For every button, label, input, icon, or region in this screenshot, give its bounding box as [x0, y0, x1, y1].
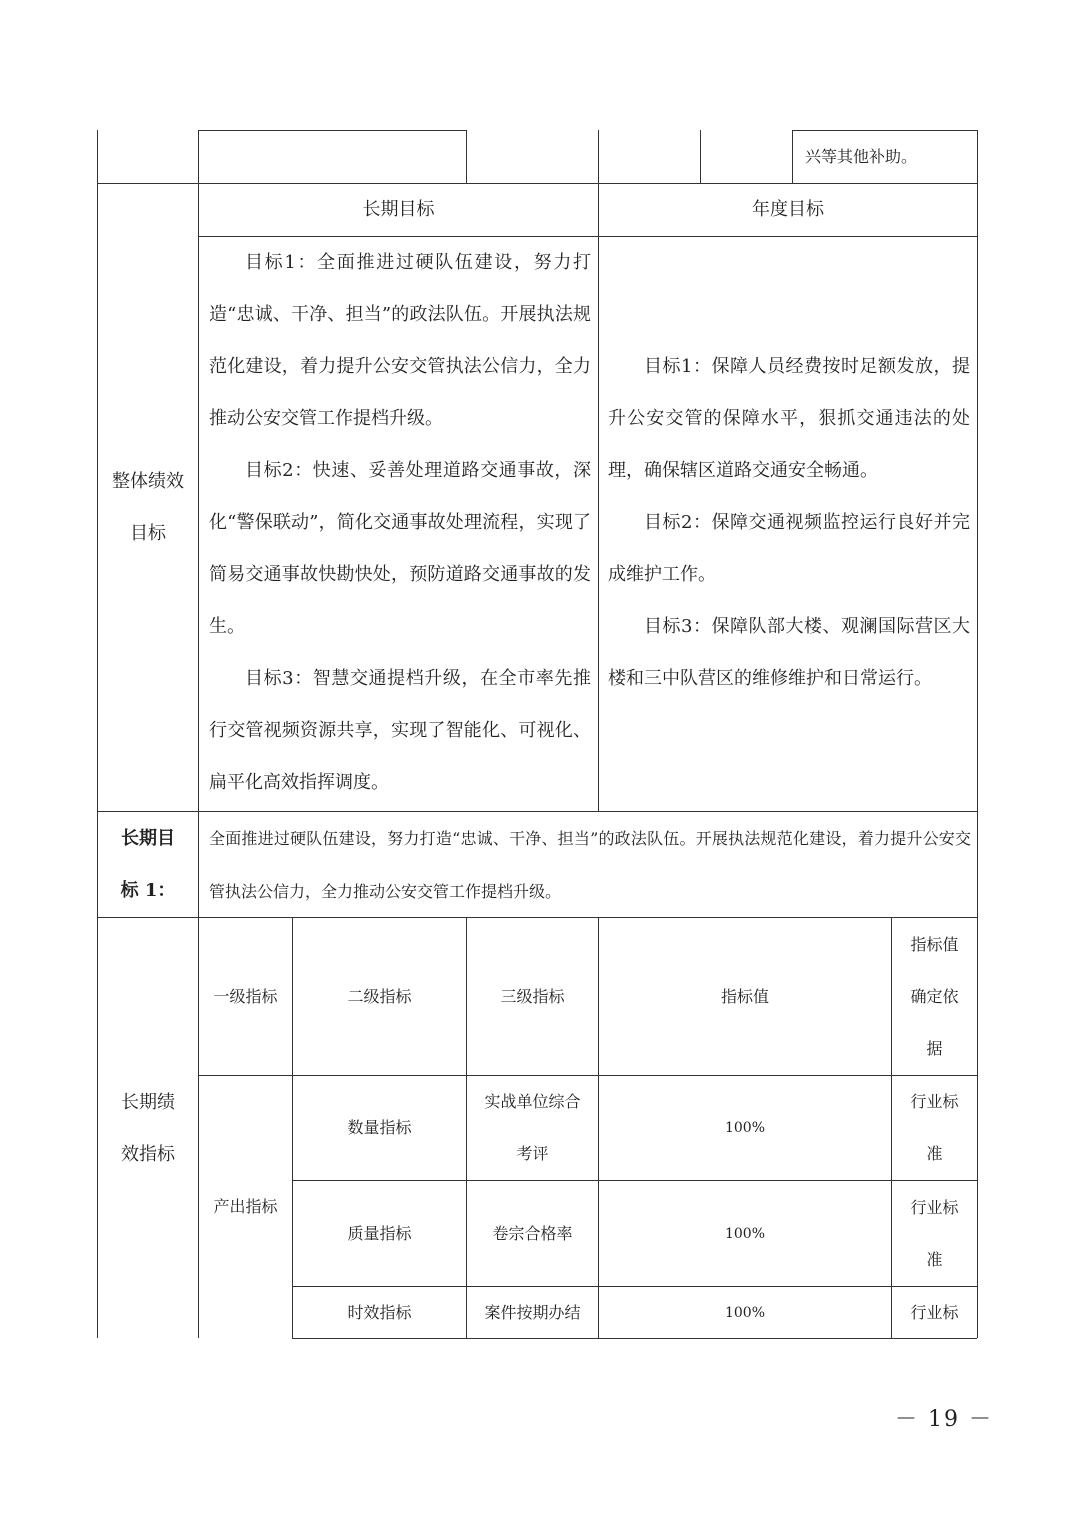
cell-text: 实战单位综合	[484, 1076, 580, 1128]
cell-text: 准	[926, 1234, 942, 1286]
long-term-goal-1-label: 长期目 标 1：	[98, 812, 198, 917]
long-term-goal-paragraph: 目标1：全面推进过硬队伍建设，努力打造“忠诚、干净、担当”的政法队伍。开展执法规…	[209, 237, 591, 445]
overall-goals-label: 整体绩效 目标	[98, 184, 198, 811]
table-row-level3: 案件按期办结	[467, 1287, 598, 1338]
cell-text: 数量指标	[347, 1102, 411, 1154]
cell-text: 时效指标	[347, 1287, 411, 1339]
continued-text: 兴等其他补助。	[805, 131, 917, 183]
level1-text: 产出指标	[213, 1181, 277, 1233]
header-text: 指标值	[721, 971, 769, 1023]
table-row-value: 100%	[599, 1287, 891, 1338]
header-text: 三级指标	[500, 971, 564, 1023]
header-level3: 三级指标	[467, 918, 598, 1075]
table-row-level3: 实战单位综合 考评	[467, 1076, 598, 1180]
header-value: 指标值	[599, 918, 891, 1075]
long-term-goal-paragraph: 目标2：快速、妥善处理道路交通事故，深化“警保联动”，简化交通事故处理流程，实现…	[209, 445, 591, 653]
table-row-level2: 时效指标	[293, 1287, 466, 1338]
overall-goals-label-line: 整体绩效	[112, 456, 184, 508]
header-level2: 二级指标	[293, 918, 466, 1075]
header-level1: 一级指标	[199, 918, 292, 1075]
cell-text: 准	[926, 1128, 942, 1180]
overall-goals-label-line: 目标	[130, 508, 166, 560]
table-row-basis: 行业标	[892, 1287, 977, 1338]
label-line: 效指标	[121, 1129, 175, 1181]
label-line: 长期绩	[121, 1077, 175, 1129]
annual-goal-paragraph: 目标1：保障人员经费按时足额发放，提升公安交管的保障水平，狠抓交通违法的处理，确…	[608, 341, 970, 497]
header-text: 一级指标	[213, 971, 277, 1023]
annual-header: 年度目标	[599, 184, 977, 236]
header-text: 指标值	[910, 919, 958, 971]
annual-header-text: 年度目标	[752, 184, 824, 236]
annual-goal-paragraph: 目标2：保障交通视频监控运行良好并完成维护工作。	[608, 497, 970, 601]
label-line: 标 1：	[121, 865, 176, 917]
header-basis: 指标值 确定依 据	[892, 918, 977, 1075]
continued-cell: 兴等其他补助。	[793, 131, 977, 183]
document-page: 兴等其他补助。 整体绩效 目标 长期目标 年度目标 目标1：全面推进过硬队伍建设…	[0, 0, 1074, 1520]
table-row-level2: 数量指标	[293, 1076, 466, 1180]
cell-text: 100%	[725, 1208, 765, 1260]
table-line	[700, 130, 701, 183]
cell-text: 质量指标	[347, 1208, 411, 1260]
long-term-header-text: 长期目标	[363, 184, 435, 236]
page-number: － 19 －	[895, 1402, 993, 1433]
cell-text: 100%	[725, 1287, 765, 1339]
table-row-basis: 行业标 准	[892, 1181, 977, 1286]
header-text: 确定依	[910, 971, 958, 1023]
table-line	[977, 130, 978, 1338]
cell-text: 行业标	[910, 1287, 958, 1339]
level1-group: 产出指标	[199, 1076, 292, 1338]
table-row-level3: 卷宗合格率	[467, 1181, 598, 1286]
long-term-goal-1-text: 全面推进过硬队伍建设，努力打造“忠诚、干净、担当”的政法队伍。开展执法规范化建设…	[209, 812, 971, 918]
table-line	[598, 183, 599, 811]
long-term-goal-1-paragraph: 全面推进过硬队伍建设，努力打造“忠诚、干净、担当”的政法队伍。开展执法规范化建设…	[209, 812, 971, 918]
label-line: 长期目	[121, 813, 175, 865]
long-term-goals-text: 目标1：全面推进过硬队伍建设，努力打造“忠诚、干净、担当”的政法队伍。开展执法规…	[209, 237, 591, 809]
table-line	[598, 130, 599, 183]
annual-goals-text: 目标1：保障人员经费按时足额发放，提升公安交管的保障水平，狠抓交通违法的处理，确…	[608, 341, 970, 705]
long-term-goal-paragraph: 目标3：智慧交通提档升级，在全市率先推行交管视频资源共享，实现了智能化、可视化、…	[209, 653, 591, 809]
long-term-header: 长期目标	[199, 184, 598, 236]
cell-text: 行业标	[910, 1182, 958, 1234]
cell-text: 行业标	[910, 1076, 958, 1128]
table-row-basis: 行业标 准	[892, 1076, 977, 1180]
cell-text: 卷宗合格率	[492, 1208, 572, 1260]
cell-text: 100%	[725, 1102, 765, 1154]
cell-text: 考评	[516, 1128, 548, 1180]
table-row-value: 100%	[599, 1076, 891, 1180]
table-row-value: 100%	[599, 1181, 891, 1286]
cell-text: 案件按期办结	[484, 1287, 580, 1339]
table-row-level2: 质量指标	[293, 1181, 466, 1286]
indicators-label: 长期绩 效指标	[98, 1076, 198, 1181]
header-text: 二级指标	[347, 971, 411, 1023]
table-line	[466, 130, 467, 183]
header-text: 据	[926, 1023, 942, 1075]
table-line	[97, 130, 198, 131]
table-line	[198, 130, 466, 131]
annual-goal-paragraph: 目标3：保障队部大楼、观澜国际营区大楼和三中队营区的维修维护和日常运行。	[608, 601, 970, 705]
